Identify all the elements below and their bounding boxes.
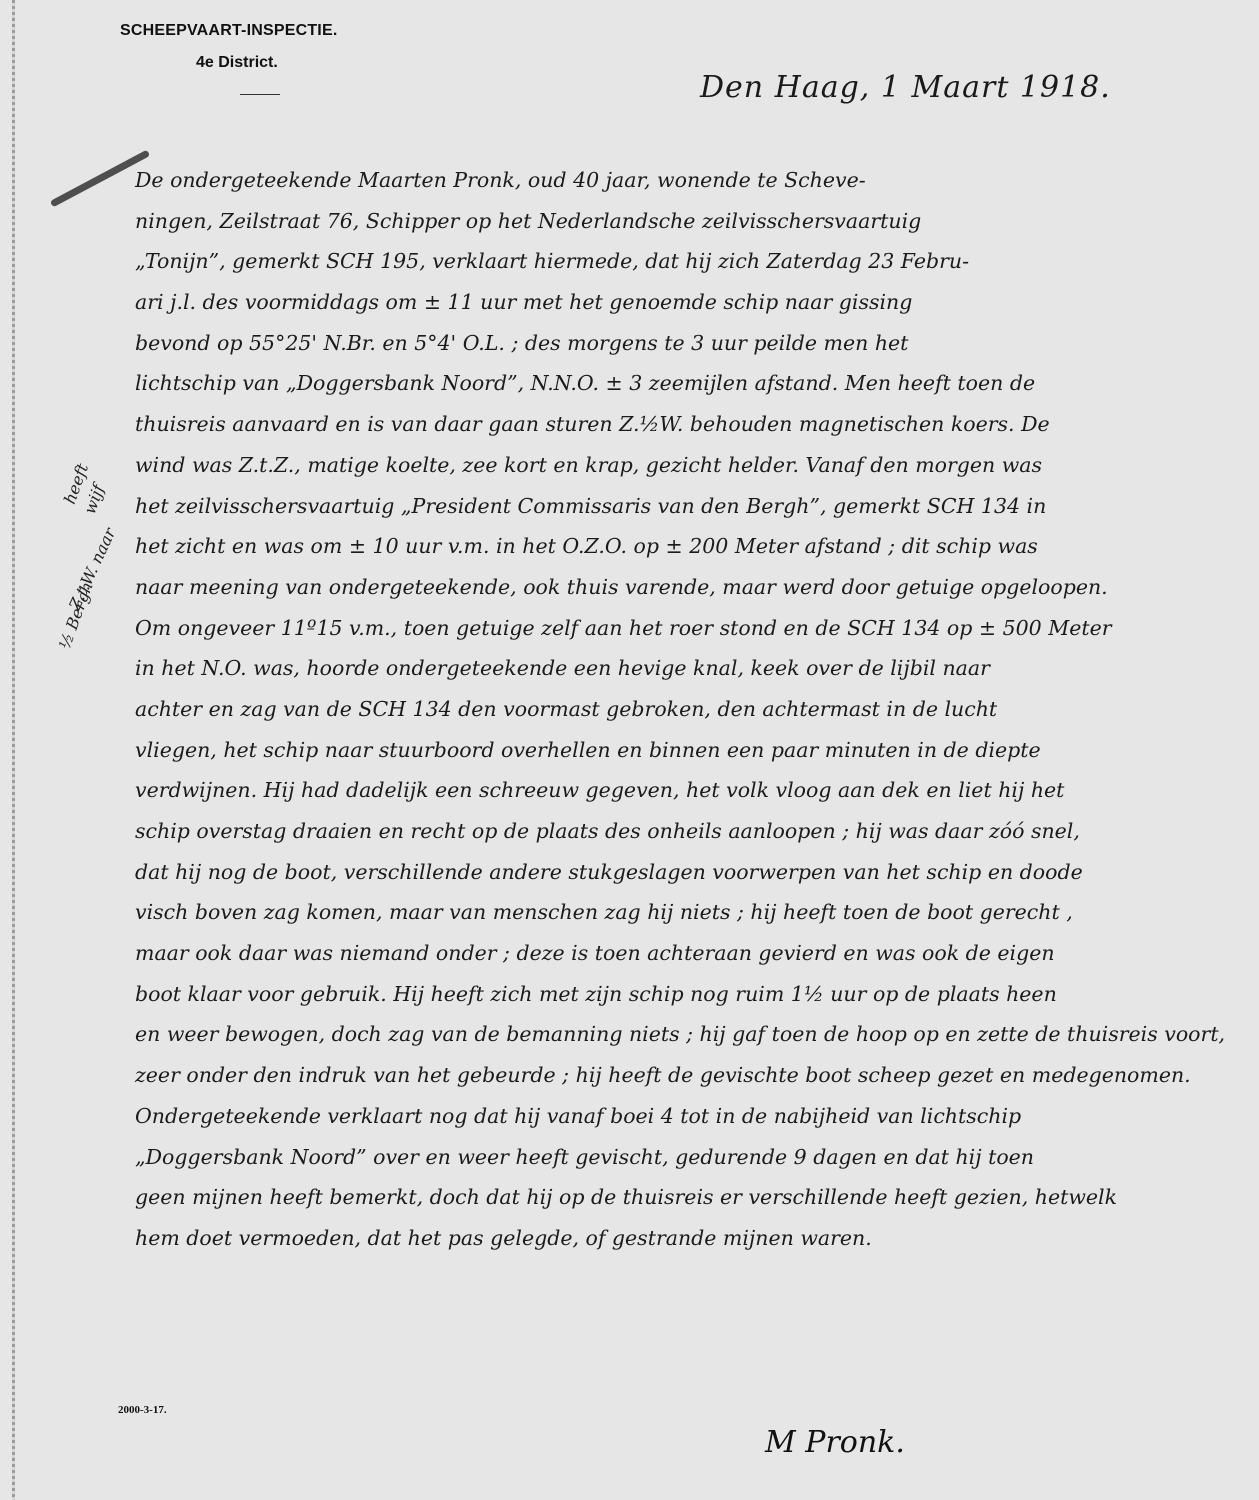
margin-note-line: ½ Bergh: [55, 579, 97, 651]
body-line: maar ook daar was niemand onder ; deze i…: [135, 933, 1225, 974]
body-line: lichtschip van „Doggersbank Noord”, N.N.…: [135, 363, 1225, 404]
body-line: naar meening van ondergeteekende, ook th…: [135, 567, 1225, 608]
letterhead: SCHEEPVAART-INSPECTIE. 4e District.: [120, 22, 337, 95]
body-line: het zicht en was om ± 10 uur v.m. in het…: [135, 526, 1225, 567]
declaration-body: De ondergeteekende Maarten Pronk, oud 40…: [135, 160, 1225, 1259]
organization-name: SCHEEPVAART-INSPECTIE.: [120, 22, 337, 40]
body-line: wind was Z.t.Z., matige koelte, zee kort…: [135, 445, 1225, 486]
body-line: en weer bewogen, doch zag van de bemanni…: [135, 1014, 1225, 1055]
body-line: geen mijnen heeft bemerkt, doch dat hij …: [135, 1177, 1225, 1218]
body-line: ningen, Zeilstraat 76, Schipper op het N…: [135, 201, 1225, 242]
body-line: De ondergeteekende Maarten Pronk, oud 40…: [135, 160, 1225, 201]
body-line: Om ongeveer 11º15 v.m., toen getuige zel…: [135, 608, 1225, 649]
body-line: „Doggersbank Noord” over en weer heeft g…: [135, 1137, 1225, 1178]
body-line: „Tonijn”, gemerkt SCH 195, verklaart hie…: [135, 241, 1225, 282]
body-line: Ondergeteekende verklaart nog dat hij va…: [135, 1096, 1225, 1137]
body-line: ari j.l. des voormiddags om ± 11 uur met…: [135, 282, 1225, 323]
body-line: verdwijnen. Hij had dadelijk een schreeu…: [135, 770, 1225, 811]
letterhead-rule: [240, 94, 280, 95]
body-line: dat hij nog de boot, verschillende ander…: [135, 852, 1225, 893]
body-line: achter en zag van de SCH 134 den voormas…: [135, 689, 1225, 730]
scan-edge: [12, 0, 15, 1500]
body-line: zeer onder den indruk van het gebeurde ;…: [135, 1055, 1225, 1096]
body-line: visch boven zag komen, maar van menschen…: [135, 892, 1225, 933]
body-line: bevond op 55°25' N.Br. en 5°4' O.L. ; de…: [135, 323, 1225, 364]
body-line: thuisreis aanvaard en is van daar gaan s…: [135, 404, 1225, 445]
body-line: vliegen, het schip naar stuurboord overh…: [135, 730, 1225, 771]
body-line: schip overstag draaien en recht op de pl…: [135, 811, 1225, 852]
body-line: het zeilvisschersvaartuig „President Com…: [135, 486, 1225, 527]
form-code: 2000-3-17.: [118, 1404, 167, 1416]
body-line: boot klaar voor gebruik. Hij heeft zich …: [135, 974, 1225, 1015]
body-line: in het N.O. was, hoorde ondergeteekende …: [135, 648, 1225, 689]
district-name: 4e District.: [196, 54, 337, 72]
body-line: hem doet vermoeden, dat het pas gelegde,…: [135, 1218, 1225, 1259]
signature: M Pronk.: [765, 1425, 905, 1460]
dateline: Den Haag, 1 Maart 1918.: [700, 70, 1111, 105]
